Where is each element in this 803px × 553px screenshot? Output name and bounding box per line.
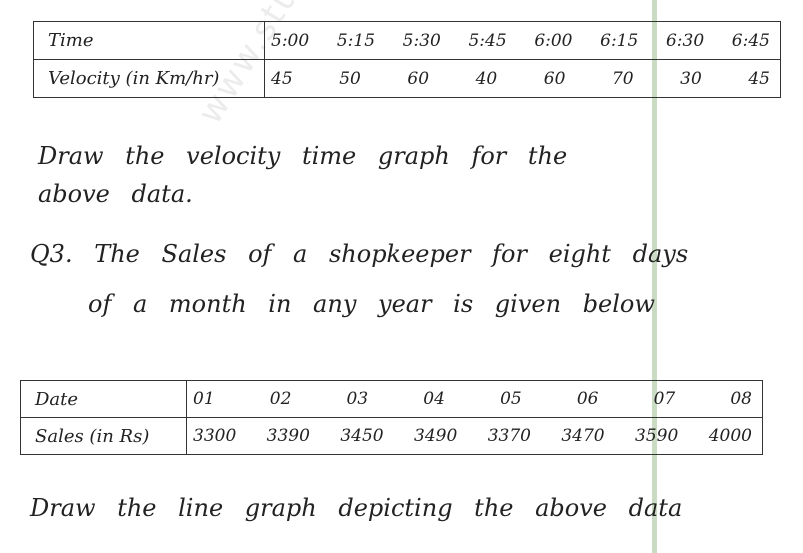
time-cell: 5:15 (337, 31, 375, 51)
q3-instruction: Draw the line graph depicting the above … (30, 494, 682, 522)
date-cell: 04 (423, 389, 445, 409)
q2-instruction-line2: above data. (38, 180, 193, 208)
velocity-cell: 30 (680, 69, 702, 89)
table-row-sales: Sales (in Rs) 33003390345034903370347035… (21, 418, 763, 455)
date-values: 0102030405060708 (187, 381, 763, 418)
velocity-time-table: Time 5:005:155:305:456:006:156:306:45 Ve… (33, 21, 781, 98)
velocity-cell: 60 (407, 69, 429, 89)
date-cell: 06 (577, 389, 599, 409)
sales-table: Date 0102030405060708 Sales (in Rs) 3300… (20, 380, 763, 455)
date-cell: 05 (500, 389, 522, 409)
time-cell: 6:15 (600, 31, 638, 51)
q3-prompt-line1: Q3. The Sales of a shopkeeper for eight … (30, 240, 688, 268)
velocity-cell: 60 (544, 69, 566, 89)
time-cell: 6:00 (534, 31, 572, 51)
sales-cell: 3300 (193, 426, 236, 446)
sales-cell: 3470 (561, 426, 604, 446)
velocity-cell: 45 (271, 69, 293, 89)
row-header-velocity: Velocity (in Km/hr) (34, 60, 265, 98)
sales-cell: 4000 (709, 426, 752, 446)
date-cell: 01 (193, 389, 215, 409)
velocity-cell: 40 (476, 69, 498, 89)
time-values: 5:005:155:305:456:006:156:306:45 (265, 22, 781, 60)
velocity-values: 4550604060703045 (265, 60, 781, 98)
sales-cell: 3370 (488, 426, 531, 446)
q2-instruction-line1: Draw the velocity time graph for the (38, 142, 567, 170)
sales-cell: 3450 (340, 426, 383, 446)
time-cell: 5:00 (271, 31, 309, 51)
row-header-time: Time (34, 22, 265, 60)
sales-cell: 3490 (414, 426, 457, 446)
table-row-time: Time 5:005:155:305:456:006:156:306:45 (34, 22, 781, 60)
time-cell: 6:30 (666, 31, 704, 51)
date-cell: 03 (347, 389, 369, 409)
velocity-cell: 45 (748, 69, 770, 89)
time-cell: 6:45 (732, 31, 770, 51)
date-cell: 02 (270, 389, 292, 409)
q3-prompt-line2: of a month in any year is given below (88, 290, 655, 318)
velocity-cell: 50 (339, 69, 361, 89)
sales-cell: 3390 (267, 426, 310, 446)
time-cell: 5:45 (468, 31, 506, 51)
time-cell: 5:30 (403, 31, 441, 51)
table-row-date: Date 0102030405060708 (21, 381, 763, 418)
table-row-velocity: Velocity (in Km/hr) 4550604060703045 (34, 60, 781, 98)
row-header-date: Date (21, 381, 187, 418)
sales-cell: 3590 (635, 426, 678, 446)
row-header-sales: Sales (in Rs) (21, 418, 187, 455)
date-cell: 08 (730, 389, 752, 409)
sales-values: 33003390345034903370347035904000 (187, 418, 763, 455)
velocity-cell: 70 (612, 69, 634, 89)
date-cell: 07 (654, 389, 676, 409)
